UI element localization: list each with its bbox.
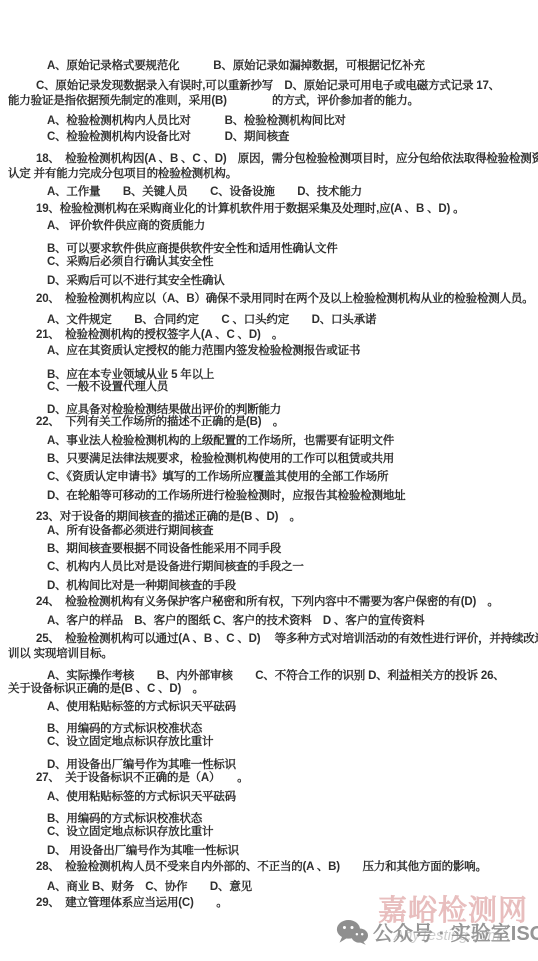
text-line: 24、 检验检测机构有义务保护客户秘密和所有权，下列内容中不需要为客户保密的有(… <box>36 595 499 610</box>
text-line: 22、 下列有关工作场所的描述不正确的是(B) 。 <box>36 415 284 430</box>
text-line: A、应在其资质认定授权的能力范围内签发检验检测报告或证书 <box>47 344 360 359</box>
watermark-site-name: 嘉峪检测网 <box>378 888 528 929</box>
text-line: A、商业 B、财务 C、协作 D、意见 <box>47 880 252 895</box>
text-line: 28、 检验检测机构人员不受来自内外部的、不正当的(A 、B) 压力和其他方面的… <box>36 860 487 875</box>
text-line: 关于设备标识正确的是(B 、C 、D) 。 <box>8 682 204 697</box>
text-line: A、工作量 B、关键人员 C、设备设施 D、技术能力 <box>47 185 362 200</box>
text-line: A、所有设备都必须进行期间核查 <box>47 524 213 539</box>
text-line: 19、检验检测机构在采购商业化的计算机软件用于数据采集及处理时,应(A 、B 、… <box>36 202 464 217</box>
watermark-site-url: AnyTesting.com <box>394 927 500 944</box>
text-line: D、在轮船等可移动的工作场所进行检验检测时，应报告其检验检测地址 <box>47 489 405 504</box>
wechat-account-label: 公众号 · 实验室ISO <box>373 917 538 946</box>
text-line: C、原始记录发现数据录入有误时,可以重新抄写 D、原始记录可用电子或电磁方式记录… <box>36 79 500 94</box>
wechat-icon <box>336 918 368 946</box>
text-line: A、使用粘贴标签的方式标识天平砝码 <box>47 790 236 805</box>
text-line: C、《资质认定申请书》填写的工作场所应覆盖其使用的全部工作场所 <box>47 470 388 485</box>
text-line: D、机构间比对是一种期间核查的手段 <box>47 579 236 594</box>
text-line: C、设立固定地点标识存放比重计 <box>47 825 213 840</box>
text-line: C、设立固定地点标识存放比重计 <box>47 735 213 750</box>
text-line: A、 评价软件供应商的资质能力 <box>47 219 205 234</box>
text-line: D、 用设备出厂编号作为其唯一性标识 <box>47 844 239 859</box>
text-line: 29、 建立管理体系应当运用(C) 。 <box>36 896 228 911</box>
text-line: C、采购后必须自行确认其安全性 <box>47 255 213 270</box>
text-line: B、只要满足法律法规要求，检验检测机构使用的工作可以租赁或共用 <box>47 452 394 467</box>
text-line: B、期间核查要根据不同设备性能采用不同手段 <box>47 542 281 557</box>
document-page: A、原始记录格式要规范化 B、原始记录如漏掉数据，可根据记忆补充C、原始记录发现… <box>0 0 538 961</box>
text-line: 20、 检验检测机构应以（A、B）确保不录用同时在两个及以上检验检测机构从业的检… <box>36 292 533 307</box>
text-line: 能力验证是指依据预先制定的准则，采用(B) 的方式，评价参加者的能力。 <box>8 94 419 109</box>
text-line: 认定 并有能力完成分包项目的检验检测机构。 <box>8 167 237 182</box>
text-line: 23、对于设备的期间核查的描述正确的是(B 、D) 。 <box>36 510 301 525</box>
text-line: A、原始记录格式要规范化 B、原始记录如漏掉数据，可根据记忆补充 <box>47 59 425 74</box>
text-line: C、检验检测机构内设备比对 D、期间核查 <box>47 130 289 145</box>
text-line: A、使用粘贴标签的方式标识天平砝码 <box>47 700 236 715</box>
text-line: A、客户的样品 B、客户的图纸 C、客户的技术资料 D 、客户的宣传资料 <box>47 614 424 629</box>
text-line: D、采购后可以不进行其安全性确认 <box>47 274 225 289</box>
text-line: C、机构内人员比对是设备进行期间核查的手段之一 <box>47 560 304 575</box>
text-line: A、检验检测机构内人员比对 B、检验检测机构间比对 <box>47 114 346 129</box>
text-line: C、一般不设置代理人员 <box>47 380 168 395</box>
text-line: 21、 检验检测机构的授权签字人(A 、C 、D) 。 <box>36 328 283 343</box>
text-line: A、事业法人检验检测机构的上级配置的工作场所，也需要有证明文件 <box>47 434 394 449</box>
text-line: 训以 实现培训目标。 <box>8 647 113 662</box>
text-line: 18、 检验检测机构因(A 、B 、C 、D) 原因，需分包检验检测项目时，应分… <box>36 152 538 167</box>
text-line: A、文件规定 B、合同约定 C 、口头约定 D、口头承诺 <box>47 313 376 328</box>
text-line: 27、 关于设备标识不正确的是（A） 。 <box>36 771 248 786</box>
wechat-badge: 公众号 · 实验室ISO <box>336 917 538 946</box>
text-line: 25、 检验检测机构可以通过(A 、B 、C 、D) 等多种方式对培训活动的有效… <box>36 632 538 647</box>
